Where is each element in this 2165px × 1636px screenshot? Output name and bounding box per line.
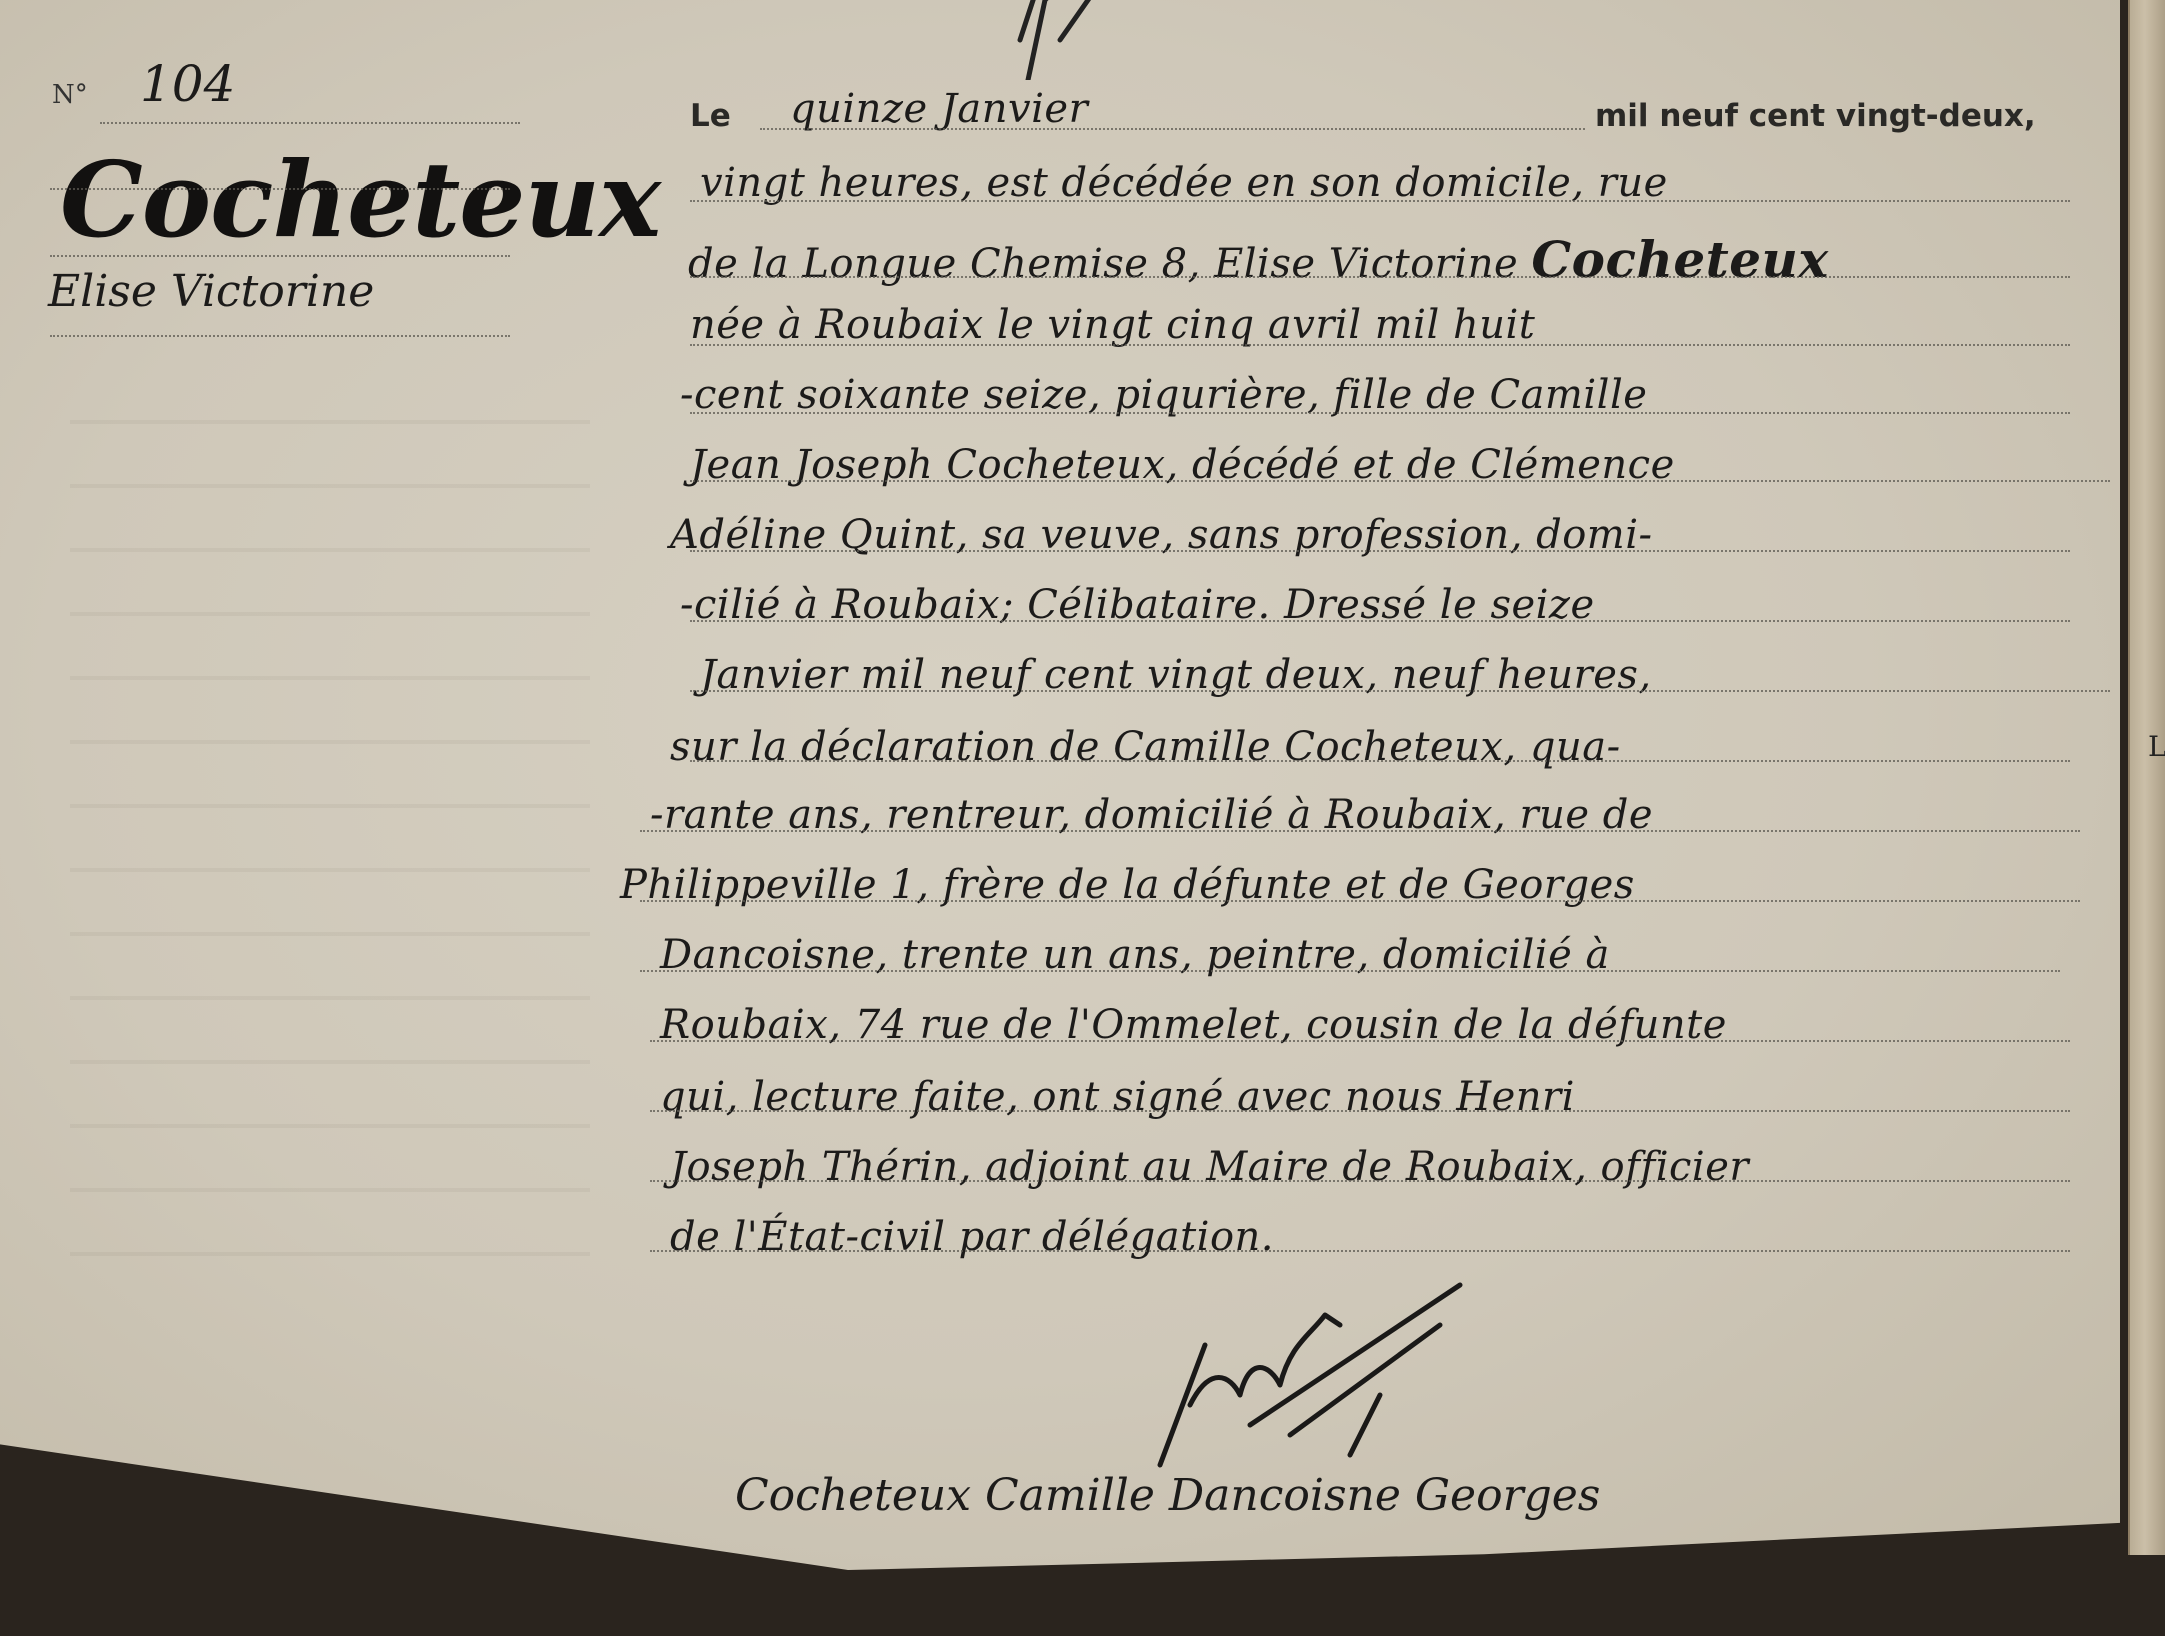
rule-line <box>650 1040 2070 1042</box>
rule-line <box>640 830 2080 832</box>
rule-line <box>50 335 510 337</box>
text-line-17: de l'État-civil par délégation. <box>670 1214 1274 1260</box>
officer-signature <box>1150 1255 1670 1475</box>
printed-le: Le <box>690 98 731 134</box>
book-gutter <box>2128 0 2165 1555</box>
paraph-mark <box>1000 0 1120 80</box>
margin-given-names: Elise Victorine <box>48 266 374 317</box>
rule-line <box>50 255 510 257</box>
printed-year: mil neuf cent vingt-deux, <box>1595 98 2036 134</box>
declarant-signatures: Cocheteux Camille Dancoisne Georges <box>735 1470 1600 1521</box>
rule-line <box>690 344 2070 346</box>
rule-line <box>690 200 2070 202</box>
bleed-through-text <box>70 360 590 1260</box>
rule-line <box>690 276 2070 278</box>
rule-line <box>690 760 2070 762</box>
rule-line <box>650 1180 2070 1182</box>
rule-line <box>690 550 2070 552</box>
text-line-16: Joseph Thérin, adjoint au Maire de Rouba… <box>670 1144 1749 1190</box>
rule-line <box>100 122 520 124</box>
rule-line <box>690 412 2070 414</box>
record-number-label: N° <box>52 80 88 110</box>
rule-line <box>690 690 2110 692</box>
rule-line <box>650 1110 2070 1112</box>
inline-surname: Cocheteux <box>1531 230 1828 289</box>
text-line-15: qui, lecture faite, ont signé avec nous … <box>660 1074 1575 1120</box>
record-number: 104 <box>140 55 235 113</box>
rule-line <box>640 970 2060 972</box>
text-line-1: quinze Janvier <box>790 86 1088 132</box>
text-line-4: née à Roubaix le vingt cinq avril mil hu… <box>690 302 1535 348</box>
rule-line <box>690 620 2070 622</box>
rule-line <box>650 1250 2070 1252</box>
text-line-3: de la Longue Chemise 8, Elise Victorine … <box>688 230 1829 289</box>
text-line-10: sur la déclaration de Camille Cocheteux,… <box>670 724 1621 770</box>
rule-line <box>640 900 2080 902</box>
rule-line <box>760 128 1585 130</box>
spine-mark: L <box>2148 730 2165 763</box>
register-page: N° 104 Cocheteux Elise Victorine Le quin… <box>0 0 2120 1570</box>
rule-line <box>690 480 2110 482</box>
rule-line <box>50 188 510 190</box>
margin-surname: Cocheteux <box>60 138 660 261</box>
